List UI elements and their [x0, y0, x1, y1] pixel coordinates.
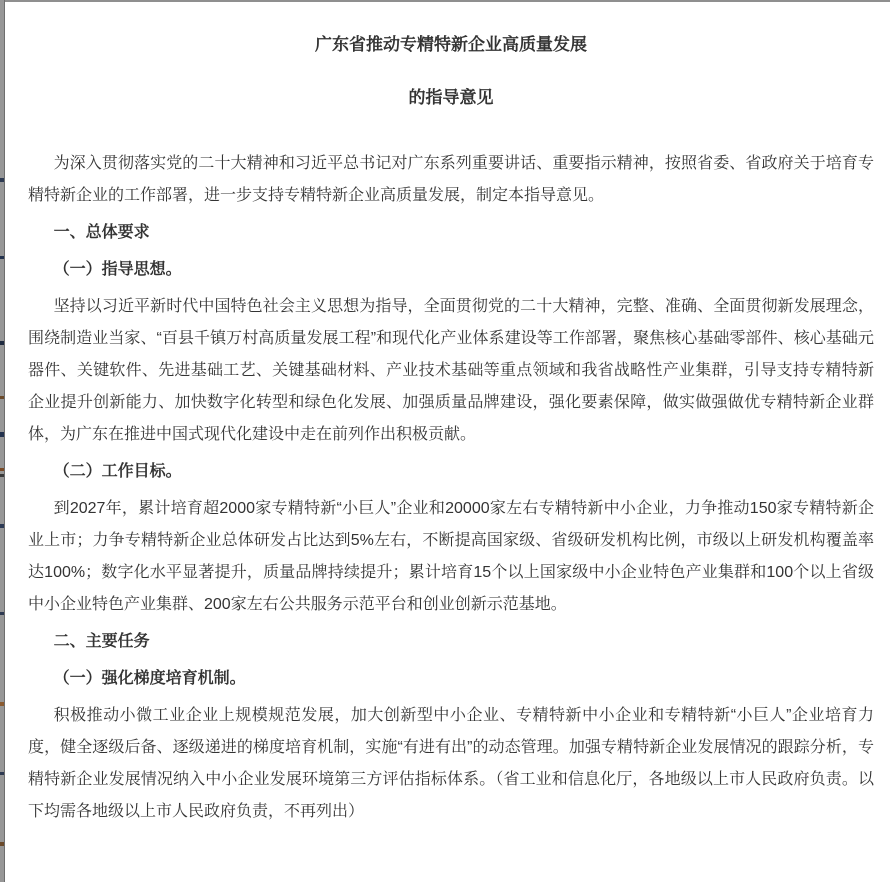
section-1-sub-1-heading: （一）指导思想。	[28, 254, 874, 286]
left-edge-artifact	[0, 432, 4, 437]
section-1-heading: 一、总体要求	[28, 217, 874, 249]
left-edge-artifact	[0, 772, 4, 775]
document-page: 广东省推动专精特新企业高质量发展 的指导意见 为深入贯彻落实党的二十大精神和习近…	[0, 0, 890, 882]
section-1-sub-2-paragraph: 到2027年，累计培育超2000家专精特新“小巨人”企业和20000家左右专精特…	[28, 493, 874, 621]
section-2-sub-1-heading: （一）强化梯度培育机制。	[28, 663, 874, 695]
left-edge-artifact	[0, 474, 4, 477]
left-edge-artifact	[0, 396, 4, 399]
left-edge-artifact	[0, 256, 4, 259]
document-title-line-2: 的指导意见	[28, 86, 874, 110]
left-edge-artifact	[0, 468, 4, 471]
document-title-line-1: 广东省推动专精特新企业高质量发展	[28, 33, 874, 57]
left-edge-artifact	[0, 341, 4, 345]
left-edge-artifact	[0, 178, 4, 182]
left-edge-strip	[0, 0, 5, 882]
left-edge-artifact	[0, 842, 4, 846]
intro-paragraph: 为深入贯彻落实党的二十大精神和习近平总书记对广东系列重要讲话、重要指示精神，按照…	[28, 148, 874, 212]
section-1-sub-2-heading: （二）工作目标。	[28, 456, 874, 488]
left-edge-artifact	[0, 524, 4, 528]
document-body: 广东省推动专精特新企业高质量发展 的指导意见 为深入贯彻落实党的二十大精神和习近…	[28, 0, 874, 833]
left-edge-artifact	[0, 702, 4, 706]
section-1-sub-1-paragraph: 坚持以习近平新时代中国特色社会主义思想为指导，全面贯彻党的二十大精神，完整、准确…	[28, 291, 874, 451]
section-2-sub-1-paragraph: 积极推动小微工业企业上规模规范发展，加大创新型中小企业、专精特新中小企业和专精特…	[28, 700, 874, 828]
left-edge-artifact	[0, 612, 4, 615]
section-2-heading: 二、主要任务	[28, 626, 874, 658]
